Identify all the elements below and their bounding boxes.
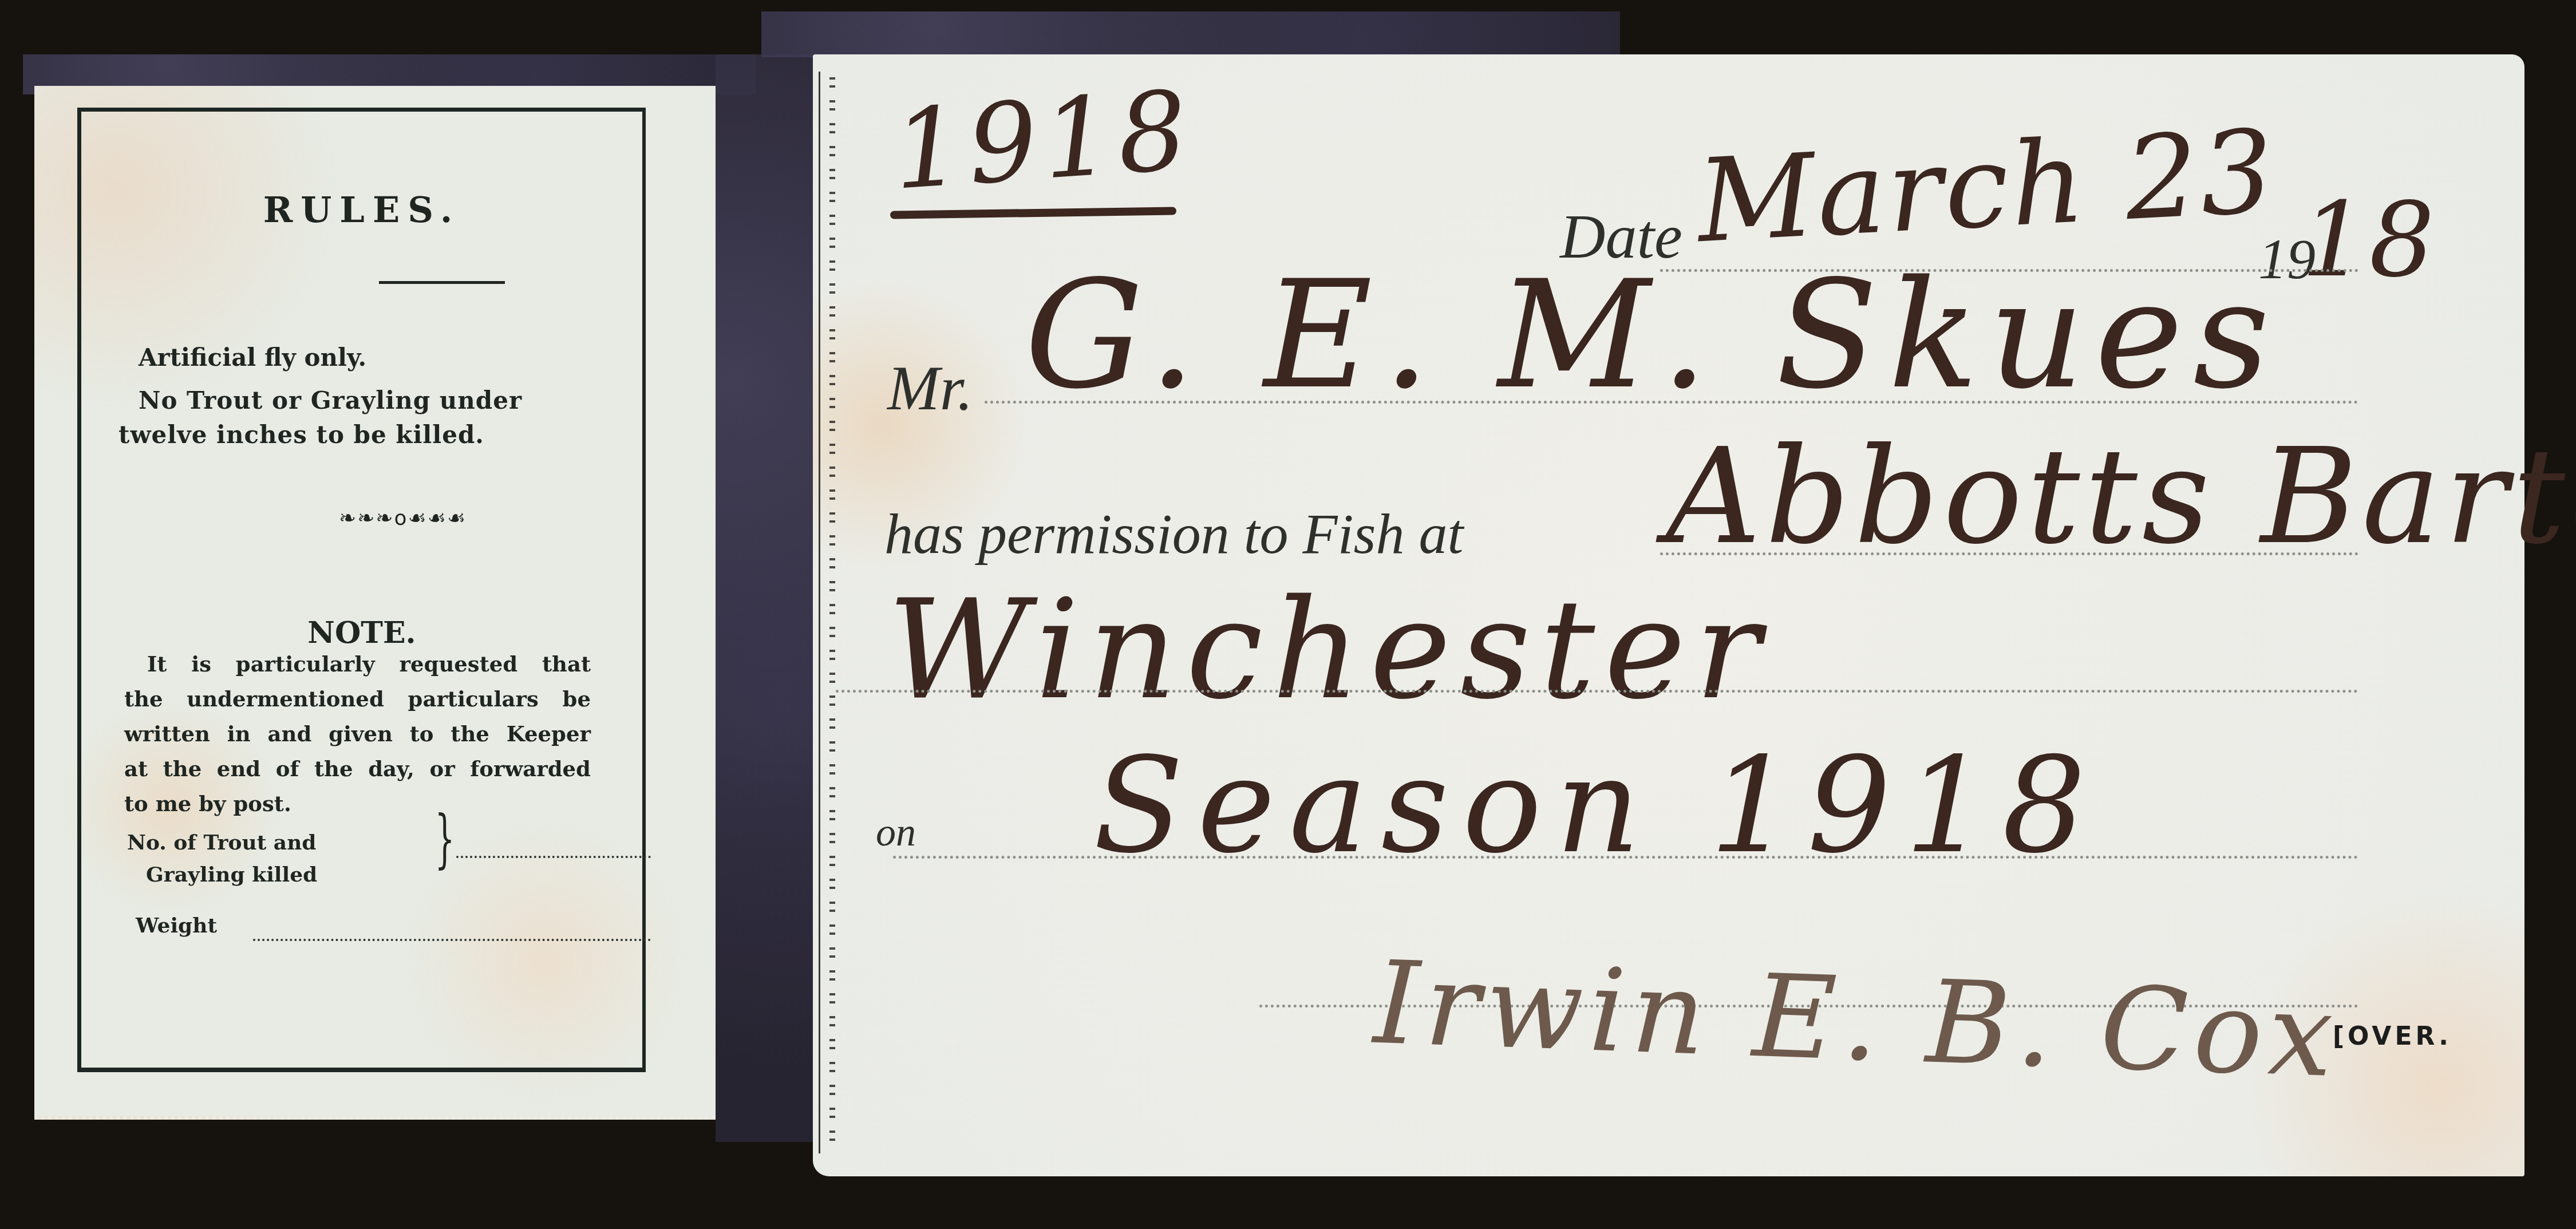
location-line-2-rule <box>836 690 2358 693</box>
rule-1: Artificial fly only. <box>139 343 366 372</box>
decorative-border <box>819 72 840 1153</box>
title-divider <box>379 281 505 284</box>
location-line-2[interactable]: Winchester <box>887 570 1769 730</box>
ornament-divider: ❧❧❧o☙☙☙ <box>339 507 467 530</box>
mr-label: Mr. <box>887 352 973 425</box>
year-heading: 1918 <box>889 67 1197 214</box>
name-line <box>985 401 2358 404</box>
permission-label: has permission to Fish at <box>884 501 1463 567</box>
brace-icon: } <box>435 807 455 870</box>
fishing-permit-card: 1918 Date March 23 19 18 Mr. G. E. M. Sk… <box>813 54 2524 1176</box>
note-paragraph: It is particularly requested that the un… <box>124 647 591 821</box>
year-suffix[interactable]: 18 <box>2301 180 2437 300</box>
season-line <box>893 856 2358 859</box>
signature: Irwin E. B. Cox <box>1372 936 2341 1104</box>
on-label: on <box>876 810 916 856</box>
rules-title: RULES. <box>81 189 642 231</box>
weight-label: Weight <box>136 909 217 942</box>
location-line <box>1660 552 2358 555</box>
note-line: at the end of the day, or forwarded <box>124 752 591 787</box>
rules-card: RULES. Artificial fly only. No Trout or … <box>34 86 716 1120</box>
over-label: [OVER. <box>2333 1022 2452 1051</box>
note-line: It is particularly requested that <box>124 647 591 682</box>
weight-field[interactable] <box>253 939 651 941</box>
rule-2: No Trout or Grayling under <box>139 386 522 414</box>
name-value[interactable]: G. E. M. Skues <box>1025 249 2280 422</box>
background-texture <box>716 54 813 1142</box>
date-value[interactable]: March 23 <box>1694 105 2279 269</box>
season-value[interactable]: Season 1918 <box>1093 730 2100 883</box>
note-line: the undermentioned particulars be <box>124 682 591 717</box>
location-value[interactable]: Abbotts Barton <box>1666 421 2576 574</box>
note-line: to me by post. <box>124 787 591 821</box>
rules-card-frame: RULES. Artificial fly only. No Trout or … <box>77 108 646 1072</box>
count-field[interactable] <box>456 856 651 858</box>
background-texture <box>761 11 1620 57</box>
count-label-2: Grayling killed <box>146 858 317 891</box>
rule-3: twelve inches to be killed. <box>118 421 484 449</box>
count-label-1: No. of Trout and <box>127 826 317 859</box>
note-line: written in and given to the Keeper <box>124 717 591 752</box>
note-heading: NOTE. <box>81 615 642 650</box>
